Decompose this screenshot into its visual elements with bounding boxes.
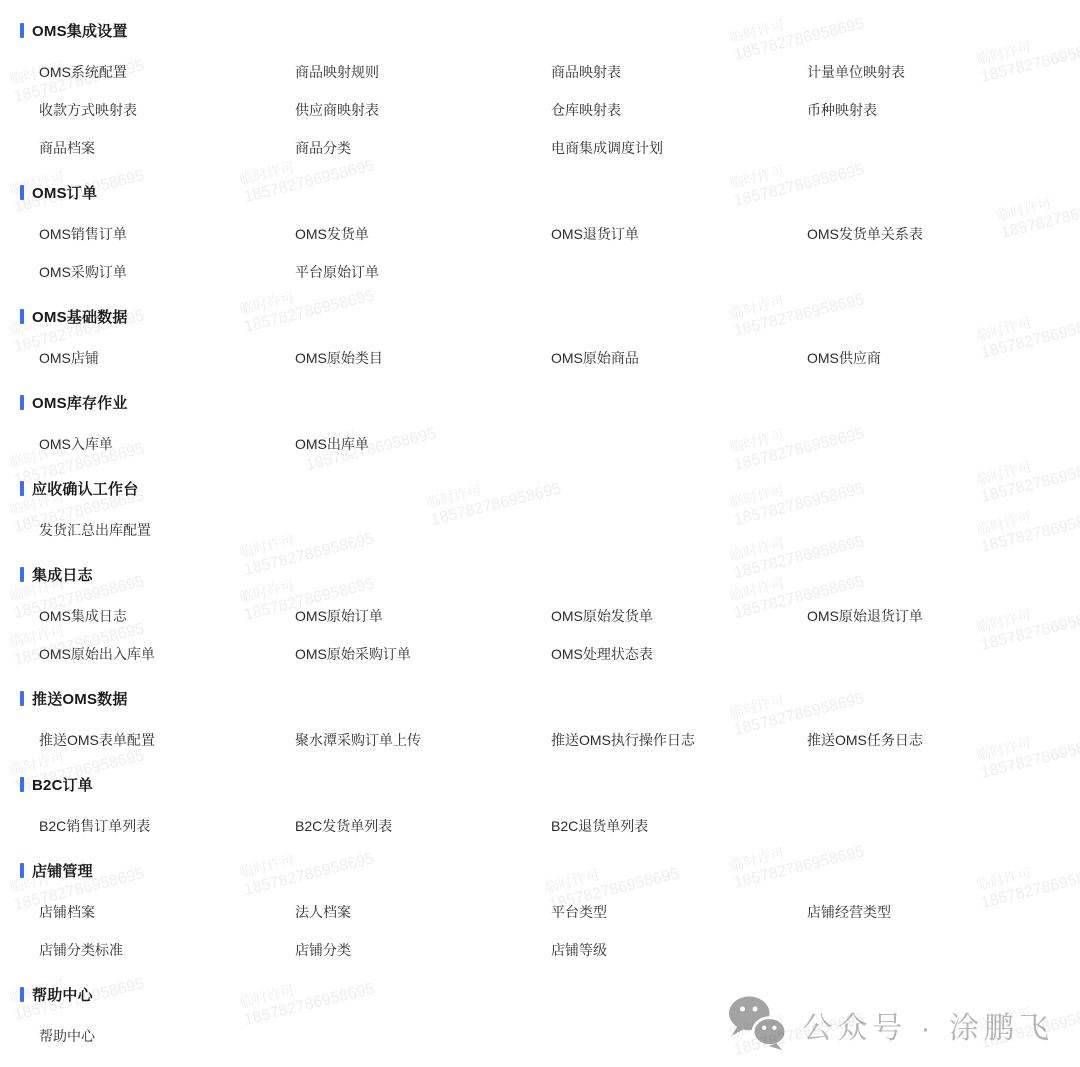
section-accent-bar — [20, 395, 24, 410]
menu-section: OMS基础数据 OMS店铺OMS原始类目OMS原始商品OMS供应商 — [20, 306, 1080, 377]
menu-section: 集成日志 OMS集成日志OMS原始订单OMS原始发货单OMS原始退货订单OMS原… — [20, 564, 1080, 673]
section-header: 应收确认工作台 — [20, 478, 1080, 499]
menu-item[interactable]: 商品映射规则 — [295, 53, 551, 91]
section-items: 推送OMS表单配置聚水潭采购订单上传推送OMS执行操作日志推送OMS任务日志 — [39, 721, 1080, 759]
menu-item[interactable]: B2C发货单列表 — [295, 807, 551, 845]
section-accent-bar — [20, 309, 24, 324]
section-title: OMS基础数据 — [32, 306, 128, 327]
menu-item[interactable]: OMS原始订单 — [295, 597, 551, 635]
menu-item[interactable]: 发货汇总出库配置 — [39, 511, 295, 549]
section-items: OMS入库单OMS出库单 — [39, 425, 1080, 463]
section-accent-bar — [20, 567, 24, 582]
menu-item[interactable]: OMS采购订单 — [39, 253, 295, 291]
section-header: OMS集成设置 — [20, 20, 1080, 41]
section-title: OMS库存作业 — [32, 392, 128, 413]
menu-item[interactable]: OMS入库单 — [39, 425, 295, 463]
menu-item[interactable]: B2C销售订单列表 — [39, 807, 295, 845]
section-accent-bar — [20, 691, 24, 706]
menu-item[interactable]: 电商集成调度计划 — [551, 129, 807, 167]
menu-section: 应收确认工作台 发货汇总出库配置 — [20, 478, 1080, 549]
section-header: OMS基础数据 — [20, 306, 1080, 327]
menu-item[interactable]: 店铺分类 — [295, 931, 551, 969]
menu-item[interactable]: OMS销售订单 — [39, 215, 295, 253]
section-items: OMS系统配置商品映射规则商品映射表计量单位映射表收款方式映射表供应商映射表仓库… — [39, 53, 1080, 167]
section-header: 集成日志 — [20, 564, 1080, 585]
menu-item[interactable]: OMS原始发货单 — [551, 597, 807, 635]
menu-item[interactable]: 法人档案 — [295, 893, 551, 931]
menu-section: 店铺管理 店铺档案法人档案平台类型店铺经营类型店铺分类标准店铺分类店铺等级 — [20, 860, 1080, 969]
section-items: 店铺档案法人档案平台类型店铺经营类型店铺分类标准店铺分类店铺等级 — [39, 893, 1080, 969]
menu-item[interactable]: OMS原始退货订单 — [807, 597, 1063, 635]
menu-item[interactable]: OMS店铺 — [39, 339, 295, 377]
section-items: 发货汇总出库配置 — [39, 511, 1080, 549]
section-header: B2C订单 — [20, 774, 1080, 795]
menu-item[interactable]: 推送OMS表单配置 — [39, 721, 295, 759]
section-items: OMS集成日志OMS原始订单OMS原始发货单OMS原始退货订单OMS原始出入库单… — [39, 597, 1080, 673]
menu-item[interactable]: OMS退货订单 — [551, 215, 807, 253]
menu-item[interactable]: OMS发货单 — [295, 215, 551, 253]
menu-section: OMS集成设置 OMS系统配置商品映射规则商品映射表计量单位映射表收款方式映射表… — [20, 20, 1080, 167]
section-title: OMS集成设置 — [32, 20, 128, 41]
menu-item[interactable]: 币种映射表 — [807, 91, 1063, 129]
menu-item[interactable]: OMS供应商 — [807, 339, 1063, 377]
section-header: OMS订单 — [20, 182, 1080, 203]
menu-item[interactable]: 供应商映射表 — [295, 91, 551, 129]
section-items: OMS店铺OMS原始类目OMS原始商品OMS供应商 — [39, 339, 1080, 377]
menu-item[interactable]: 店铺经营类型 — [807, 893, 1063, 931]
section-title: 集成日志 — [32, 564, 93, 585]
section-header: OMS库存作业 — [20, 392, 1080, 413]
section-accent-bar — [20, 185, 24, 200]
section-title: 帮助中心 — [32, 984, 93, 1005]
footer-brand: 公众号 · 涂鹏飞 — [726, 994, 1054, 1055]
menu-item[interactable]: 商品映射表 — [551, 53, 807, 91]
menu-sections: OMS集成设置 OMS系统配置商品映射规则商品映射表计量单位映射表收款方式映射表… — [20, 20, 1080, 1055]
menu-item[interactable]: 店铺档案 — [39, 893, 295, 931]
menu-item[interactable]: OMS发货单关系表 — [807, 215, 1063, 253]
menu-item[interactable]: B2C退货单列表 — [551, 807, 807, 845]
wechat-icon — [726, 994, 788, 1055]
menu-item[interactable]: OMS系统配置 — [39, 53, 295, 91]
section-accent-bar — [20, 863, 24, 878]
section-accent-bar — [20, 777, 24, 792]
menu-item[interactable]: OMS处理状态表 — [551, 635, 807, 673]
section-accent-bar — [20, 481, 24, 496]
section-accent-bar — [20, 23, 24, 38]
menu-item[interactable]: 收款方式映射表 — [39, 91, 295, 129]
section-items: OMS销售订单OMS发货单OMS退货订单OMS发货单关系表OMS采购订单平台原始… — [39, 215, 1080, 291]
menu-item[interactable]: 店铺等级 — [551, 931, 807, 969]
section-accent-bar — [20, 987, 24, 1002]
menu-item[interactable]: 计量单位映射表 — [807, 53, 1063, 91]
menu-item[interactable]: OMS原始类目 — [295, 339, 551, 377]
menu-item[interactable]: 商品档案 — [39, 129, 295, 167]
menu-item[interactable]: 推送OMS执行操作日志 — [551, 721, 807, 759]
section-header: 推送OMS数据 — [20, 688, 1080, 709]
menu-item[interactable]: OMS原始出入库单 — [39, 635, 295, 673]
menu-section: 推送OMS数据 推送OMS表单配置聚水潭采购订单上传推送OMS执行操作日志推送O… — [20, 688, 1080, 759]
section-title: 店铺管理 — [32, 860, 93, 881]
menu-item[interactable]: OMS原始采购订单 — [295, 635, 551, 673]
menu-item[interactable]: 帮助中心 — [39, 1017, 295, 1055]
menu-item[interactable]: 平台类型 — [551, 893, 807, 931]
menu-item[interactable]: 商品分类 — [295, 129, 551, 167]
menu-item[interactable]: 店铺分类标准 — [39, 931, 295, 969]
section-header: 店铺管理 — [20, 860, 1080, 881]
menu-item[interactable]: OMS集成日志 — [39, 597, 295, 635]
menu-item[interactable]: OMS原始商品 — [551, 339, 807, 377]
menu-section: OMS库存作业 OMS入库单OMS出库单 — [20, 392, 1080, 463]
section-title: 应收确认工作台 — [32, 478, 138, 499]
section-items: B2C销售订单列表B2C发货单列表B2C退货单列表 — [39, 807, 1080, 845]
footer-brand-text: 公众号 · 涂鹏飞 — [802, 1003, 1054, 1047]
menu-item[interactable]: 聚水潭采购订单上传 — [295, 721, 551, 759]
menu-item[interactable]: 推送OMS任务日志 — [807, 721, 1063, 759]
section-title: OMS订单 — [32, 182, 97, 203]
menu-section: OMS订单 OMS销售订单OMS发货单OMS退货订单OMS发货单关系表OMS采购… — [20, 182, 1080, 291]
menu-item[interactable]: 平台原始订单 — [295, 253, 551, 291]
menu-page: OMS集成设置 OMS系统配置商品映射规则商品映射表计量单位映射表收款方式映射表… — [0, 0, 1080, 1055]
section-title: 推送OMS数据 — [32, 688, 128, 709]
menu-item[interactable]: 仓库映射表 — [551, 91, 807, 129]
menu-section: B2C订单 B2C销售订单列表B2C发货单列表B2C退货单列表 — [20, 774, 1080, 845]
section-title: B2C订单 — [32, 774, 93, 795]
menu-item[interactable]: OMS出库单 — [295, 425, 551, 463]
